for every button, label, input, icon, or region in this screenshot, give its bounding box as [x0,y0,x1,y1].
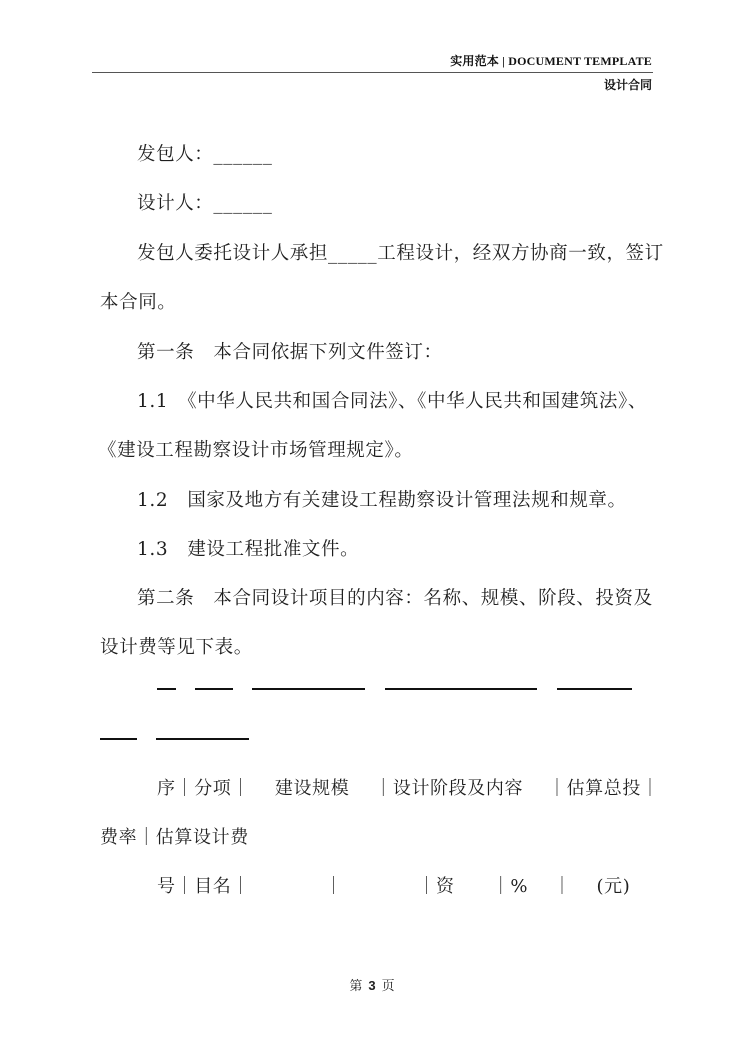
table-rule-segment [385,688,537,690]
clause-1-1: 1.1 《中华人民共和国合同法》、《中华人民共和国建筑法》、 [137,390,647,414]
commission-paragraph-cont: 本合同。 [100,291,176,315]
article-1-heading: 第一条 本合同依据下列文件签订： [137,341,443,365]
article-2-heading: 第二条 本合同设计项目的内容：名称、规模、阶段、投资及 [137,587,653,611]
page-prefix: 第 [349,979,362,994]
clause-1-1-cont: 《建设工程勘察设计市场管理规定》。 [98,439,413,463]
table-rule-segment [252,688,365,690]
header-title: 实用范本 | DOCUMENT TEMPLATE [450,52,652,69]
page-suffix: 页 [382,979,395,994]
header-divider [92,72,653,73]
table-rule-segment [100,738,137,740]
party-a-line: 发包人：______ [137,143,273,167]
page-footer: 第3页 [0,975,744,994]
table-header-row-1: 序｜分项｜ 建设规模 ｜设计阶段及内容 ｜估算总投｜ [157,777,660,801]
header-subtitle: 设计合同 [604,76,652,93]
table-rule-segment [557,688,632,690]
table-rule-segment [157,688,176,690]
party-b-line: 设计人：______ [137,192,273,216]
page-number: 3 [368,978,375,993]
table-rule-segment [195,688,233,690]
commission-paragraph: 发包人委托设计人承担_____工程设计，经双方协商一致，签订 [137,242,664,266]
table-header-row-1-wrap: 费率｜估算设计费 [100,826,249,850]
clause-1-2: 1.2 国家及地方有关建设工程勘察设计管理法规和规章。 [137,489,627,513]
table-header-row-2: 号｜目名｜ ｜ ｜资 ｜% ｜ (元) [157,875,630,899]
table-rule-segment [156,738,249,740]
clause-1-3: 1.3 建设工程批准文件。 [137,538,359,562]
article-2-heading-cont: 设计费等见下表。 [100,636,253,660]
